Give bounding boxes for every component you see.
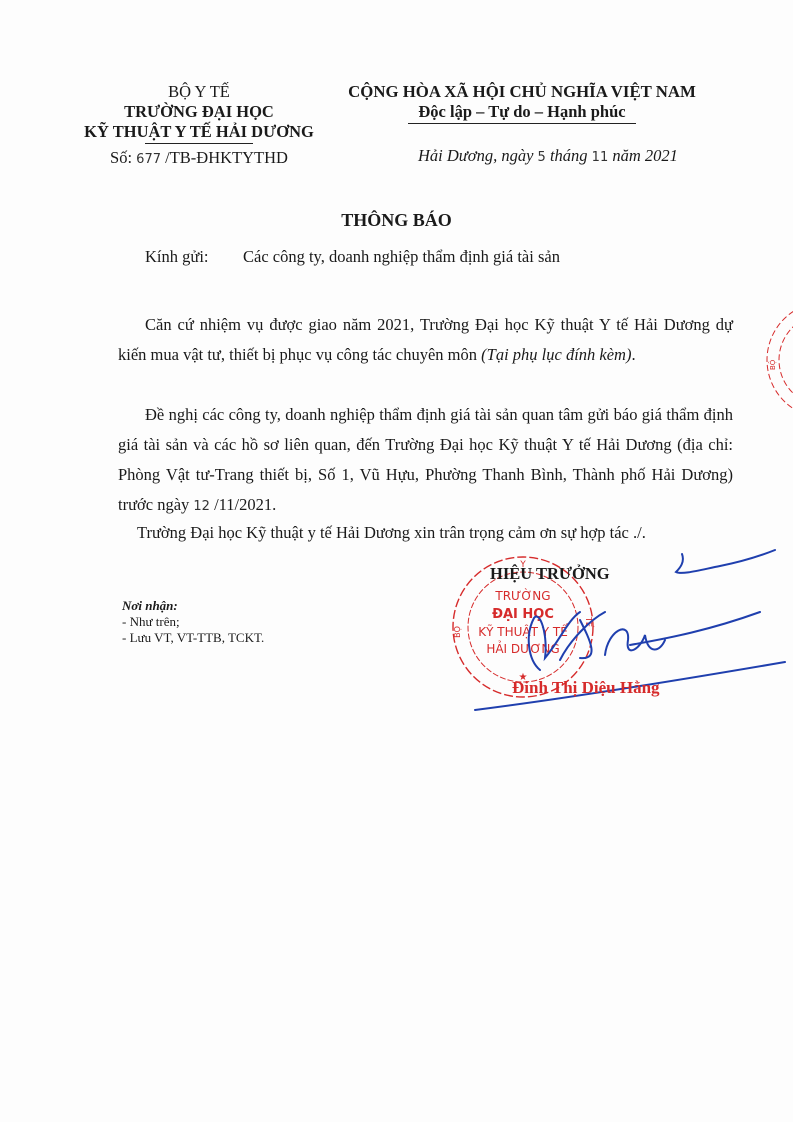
recipient-line: Kính gửi:Các công ty, doanh nghiệp thẩm … — [145, 247, 560, 267]
motto-underline — [408, 123, 636, 124]
school-name-line1: TRƯỜNG ĐẠI HỌC — [60, 102, 338, 122]
ministry-name: BỘ Y TẾ — [60, 82, 338, 102]
national-header-block: CỘNG HÒA XÃ HỘI CHỦ NGHĨA VIỆT NAM Độc l… — [322, 82, 722, 124]
nation-name: CỘNG HÒA XÃ HỘI CHỦ NGHĨA VIỆT NAM — [322, 82, 722, 102]
svg-text:BỘ: BỘ — [768, 359, 777, 370]
recipient-item: - Như trên; — [122, 614, 264, 630]
body-paragraph-2: Đề nghị các công ty, doanh nghiệp thẩm đ… — [118, 400, 733, 522]
body-paragraph-1: Căn cứ nhiệm vụ được giao năm 2021, Trườ… — [118, 310, 733, 370]
issuing-authority-block: BỘ Y TẾ TRƯỜNG ĐẠI HỌC KỸ THUẬT Y TẾ HẢI… — [60, 82, 338, 170]
document-number: Số: 677 /TB-ĐHKTYTHD — [60, 148, 338, 170]
header-divider — [145, 143, 253, 144]
margin-stamp-fragment: BỘ — [755, 300, 793, 420]
doc-number-handwritten: 677 — [136, 152, 161, 167]
document-date: Hải Dương, ngày 5 tháng 11 năm 2021 — [418, 146, 678, 166]
school-name-line2: KỸ THUẬT Y TẾ HẢI DƯƠNG — [60, 122, 338, 142]
date-month-handwritten: 11 — [592, 150, 609, 165]
signatory-name: Đinh Thị Diệu Hằng — [512, 678, 660, 698]
recipients-block: Nơi nhận: - Như trên; - Lưu VT, VT-TTB, … — [122, 598, 264, 646]
date-day-handwritten: 5 — [538, 150, 546, 165]
recipient-label: Kính gửi: — [145, 247, 243, 267]
appendix-note: (Tại phụ lục đính kèm) — [481, 345, 631, 364]
recipients-heading: Nơi nhận: — [122, 598, 264, 614]
national-motto: Độc lập – Tự do – Hạnh phúc — [322, 102, 722, 122]
deadline-day-handwritten: 12 — [193, 499, 210, 514]
document-title: THÔNG BÁO — [0, 210, 793, 231]
recipient-value: Các công ty, doanh nghiệp thẩm định giá … — [243, 247, 560, 266]
recipient-item: - Lưu VT, VT-TTB, TCKT. — [122, 630, 264, 646]
